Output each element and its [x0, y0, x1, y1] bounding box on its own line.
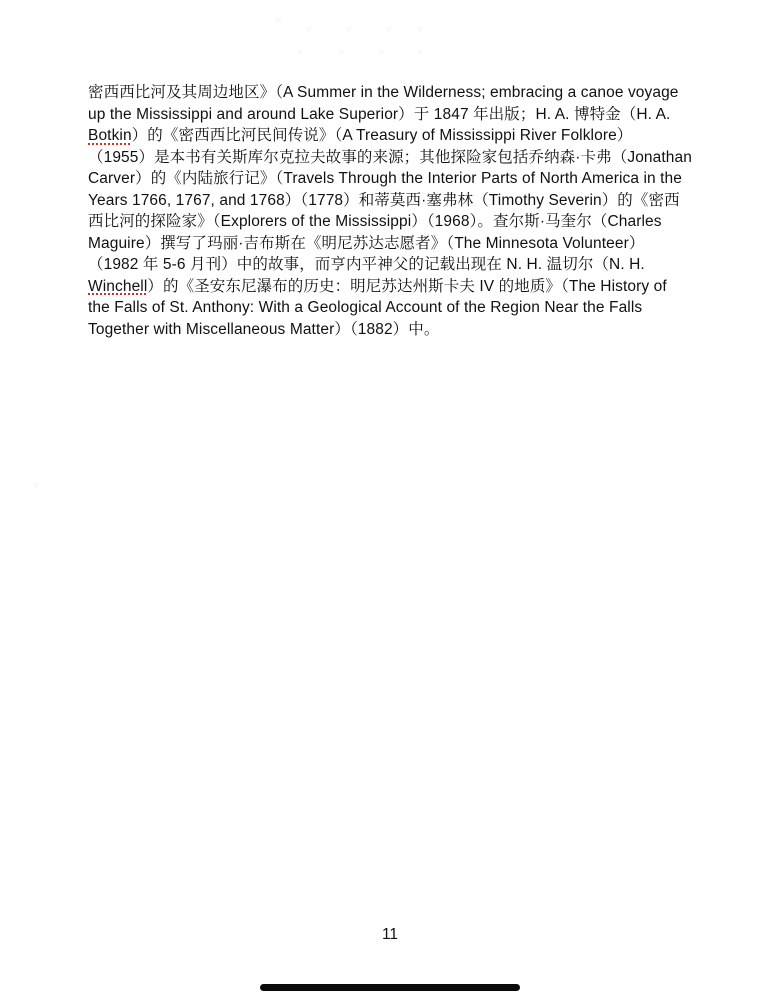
text-line: （1955）是本书有关斯库尔克拉夫故事的来源；其他探险家包括乔纳森·卡弗（Jon…	[88, 147, 703, 169]
text-line: Years 1766, 1767, and 1768）（1778）和蒂莫西·塞弗…	[88, 190, 703, 212]
scan-artifact-dot	[338, 49, 344, 55]
text-line: 密西西比河及其周边地区》（A Summer in the Wilderness;…	[88, 82, 703, 104]
scan-artifact-dot	[275, 17, 281, 23]
misspelled-word: Winchell	[88, 278, 147, 295]
misspelled-word: Botkin	[88, 127, 132, 144]
text-line: Carver）的《内陆旅行记》（Travels Through the Inte…	[88, 168, 703, 190]
text-line-rest: ）的《密西西比河民间传说》（A Treasury of Mississippi …	[132, 127, 633, 144]
text-line: （1982 年 5-6 月刊）中的故事，而亨内平神父的记载出现在 N. H. 温…	[88, 254, 703, 276]
text-line: up the Mississippi and around Lake Super…	[88, 104, 703, 126]
text-line: the Falls of St. Anthony: With a Geologi…	[88, 297, 703, 319]
scan-artifact-dot	[306, 26, 312, 32]
scan-artifact-dot	[386, 26, 392, 32]
scan-artifact-dot	[417, 26, 423, 32]
text-line: Botkin）的《密西西比河民间传说》（A Treasury of Missis…	[88, 125, 703, 147]
scan-artifact-dot	[297, 49, 303, 55]
page-number: 11	[0, 926, 780, 944]
scan-artifact-dot	[378, 49, 384, 55]
text-line: Maguire）撰写了玛丽·吉布斯在《明尼苏达志愿者》（The Minnesot…	[88, 233, 703, 255]
home-indicator[interactable]	[260, 984, 520, 991]
text-line: Together with Miscellaneous Matter）（1882…	[88, 319, 703, 341]
scan-artifact-dot	[417, 49, 423, 55]
scan-artifact-dot	[346, 26, 352, 32]
text-line-rest: ）的《圣安东尼瀑布的历史：明尼苏达州斯卡夫 IV 的地质》（The Histor…	[147, 278, 666, 295]
text-line: 西比河的探险家》（Explorers of the Mississippi）（1…	[88, 211, 703, 233]
scan-artifact-dot	[33, 482, 39, 488]
body-paragraph: 密西西比河及其周边地区》（A Summer in the Wilderness;…	[88, 82, 703, 340]
document-page: 密西西比河及其周边地区》（A Summer in the Wilderness;…	[0, 0, 780, 1000]
text-line: Winchell）的《圣安东尼瀑布的历史：明尼苏达州斯卡夫 IV 的地质》（Th…	[88, 276, 703, 298]
